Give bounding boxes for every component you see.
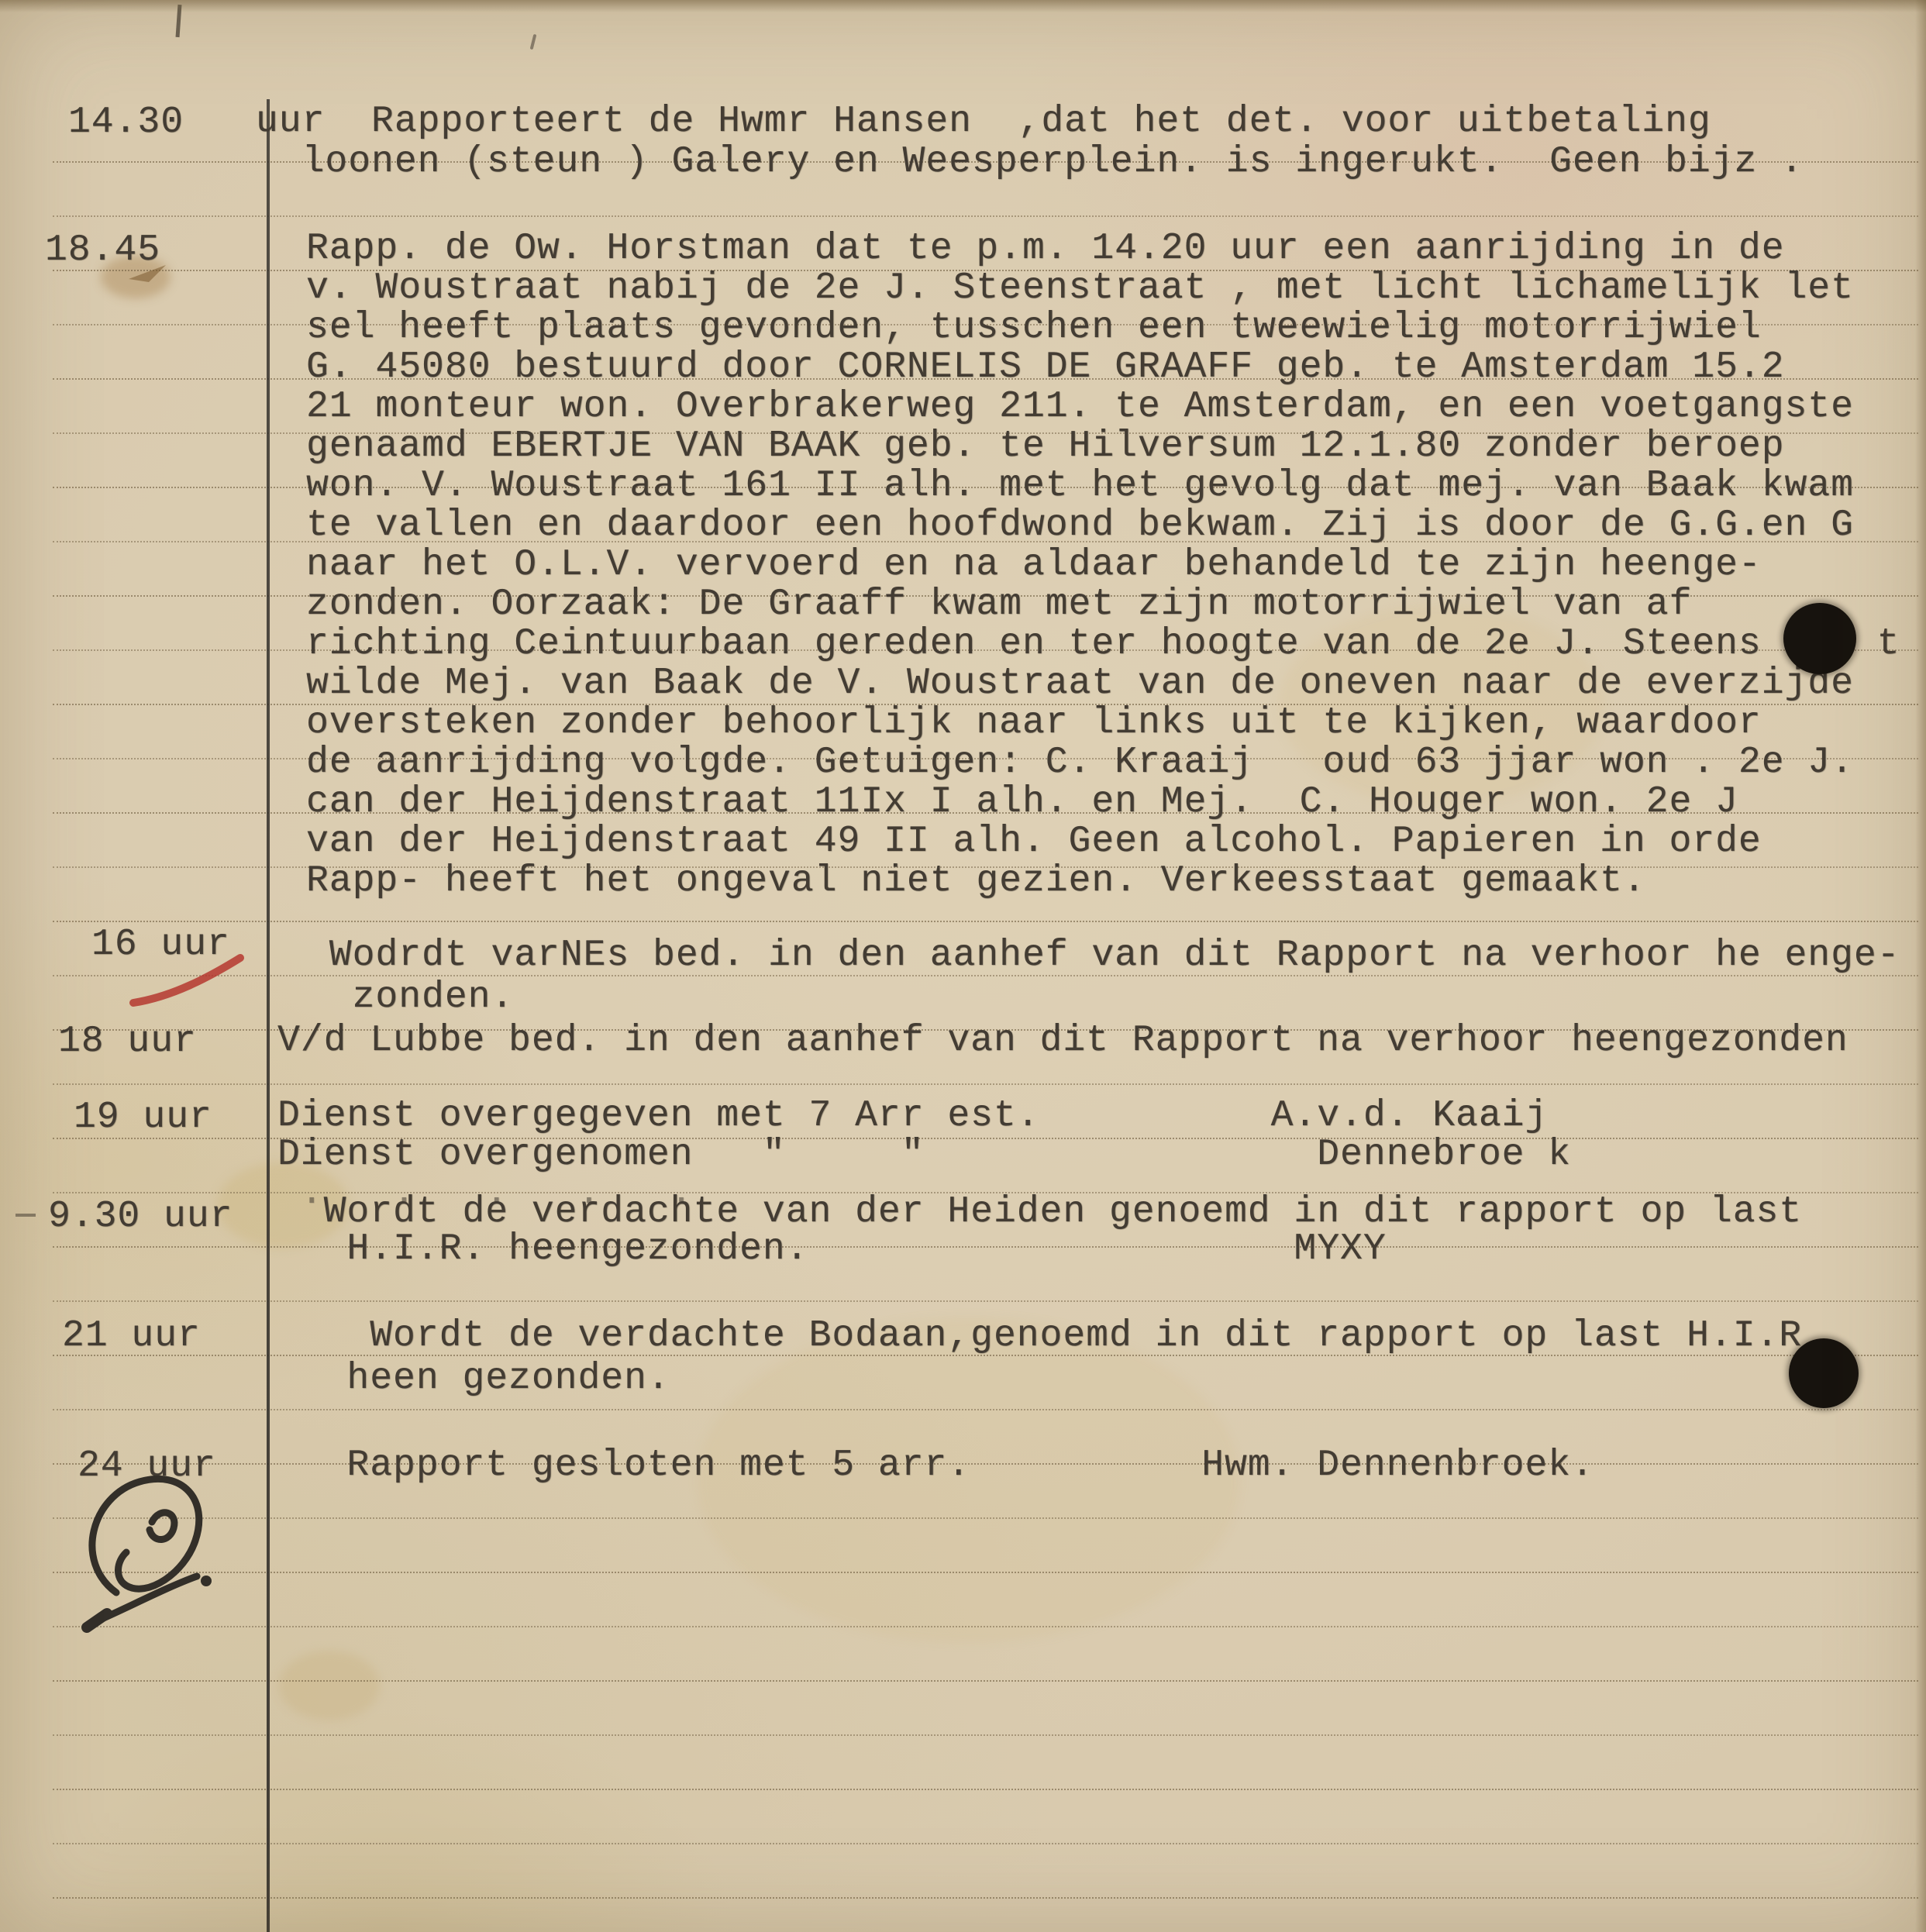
entry-line: oversteken zonder behoorlijk naar links … — [306, 704, 1900, 743]
ruled-line — [53, 1680, 1918, 1682]
entry-time: 16 uur — [91, 924, 230, 966]
paper-stain — [279, 1651, 380, 1720]
page-edge-shade-right — [1915, 0, 1926, 1932]
entry-body: Rapp. de Ow. Horstman dat te p.m. 14.20 … — [306, 229, 1900, 901]
ruled-line — [53, 649, 1918, 651]
ruled-line — [53, 758, 1918, 759]
ruled-line — [53, 378, 1918, 380]
ink-smudge-arrow — [129, 265, 166, 282]
entry-body: uur Rapporteert de Hwmr Hansen ,dat het … — [256, 102, 1804, 182]
entry-time: 21 uur — [62, 1315, 201, 1357]
entry-line: Wordt de verdachte van der Heiden genoem… — [277, 1193, 1802, 1231]
ruled-line — [53, 704, 1918, 705]
scanned-report-page: 14.30 uur Rapporteert de Hwmr Hansen ,da… — [0, 0, 1926, 1932]
ruled-line — [53, 1192, 1918, 1193]
entry-time: 14.30 — [68, 102, 184, 143]
entry-line: can der Heijdenstraat 11Ix I alh. en Mej… — [306, 783, 1900, 822]
entry-line: v. Woustraat nabij de 2e J. Steenstraat … — [306, 269, 1900, 308]
ruled-line — [53, 1843, 1918, 1844]
entry-line: Wodrdt varNEs bed. in den aanhef van dit… — [306, 935, 1900, 976]
paper-stain — [1279, 604, 1604, 806]
ruled-line — [53, 1897, 1918, 1899]
entry-line: G. 45080 bestuurd door CORNELIS DE GRAAF… — [306, 348, 1900, 387]
entry-line: van der Heijdenstraat 49 II alh. Geen al… — [306, 822, 1900, 862]
ruled-line — [53, 1138, 1918, 1139]
entry-line: H.I.R. heengezonden. MYXY — [277, 1231, 1802, 1268]
ink-stain — [101, 256, 171, 298]
ruled-line — [53, 1626, 1918, 1627]
punch-hole-top — [1783, 603, 1856, 674]
entry-body: Rapport gesloten met 5 arr. Hwm. Dennenb… — [277, 1445, 1594, 1486]
entry-line: richting Ceintuurbaan gereden en ter hoo… — [306, 625, 1900, 664]
page-vignette — [0, 0, 1926, 1932]
entry-line: Dienst overgenomen " " Dennebroe k — [277, 1135, 1571, 1174]
ruled-line — [53, 1029, 1918, 1031]
log-entry: 16 uur Wodrdt varNEs bed. in den aanhef … — [0, 0, 1926, 1932]
ruled-line — [53, 1789, 1918, 1790]
ruled-line — [53, 1463, 1918, 1465]
log-entry: 18 uur V/d Lubbe bed. in den aanhef van … — [0, 0, 1926, 1932]
entry-line: uur Rapporteert de Hwmr Hansen ,dat het … — [256, 102, 1804, 142]
entry-line: naar het O.L.V. vervoerd en na aldaar be… — [306, 546, 1900, 585]
log-entry: 21 uur Wordt de verdachte Bodaan,genoemd… — [0, 0, 1926, 1932]
punch-hole-bottom — [1789, 1338, 1859, 1408]
entry-body: Wodrdt varNEs bed. in den aanhef van dit… — [306, 935, 1900, 1018]
entry-body: Wordt de verdachte van der Heiden genoem… — [277, 1193, 1802, 1268]
ruled-line — [53, 866, 1918, 868]
ruled-line — [53, 1300, 1918, 1302]
signature-flourish — [87, 1479, 212, 1627]
entry-time: 18.45 — [45, 229, 160, 271]
entry-line: zonden. Oorzaak: De Graaff kwam met zijn… — [306, 585, 1900, 625]
entry-line: Dienst overgegeven met 7 Arr est. A.v.d.… — [277, 1097, 1571, 1135]
time-column-rule — [267, 99, 270, 1932]
ruled-line — [53, 1572, 1918, 1573]
log-entry: 19 uur Dienst overgegeven met 7 Arr est.… — [0, 0, 1926, 1932]
log-entry: 24 uur Rapport gesloten met 5 arr. Hwm. … — [0, 0, 1926, 1932]
ruled-line — [53, 324, 1918, 325]
log-entry: 14.30 uur Rapporteert de Hwmr Hansen ,da… — [0, 0, 1926, 1932]
entry-body: V/d Lubbe bed. in den aanhef van dit Rap… — [277, 1021, 1848, 1061]
pen-mark — [530, 34, 537, 50]
entry-line: heen gezonden. — [277, 1358, 1802, 1400]
entry-line: . . . . . — [277, 1174, 1571, 1213]
entry-line: V/d Lubbe bed. in den aanhef van dit Rap… — [277, 1021, 1848, 1061]
ruled-line — [53, 432, 1918, 434]
ruled-line — [53, 487, 1918, 488]
entry-line: de aanrijding volgde. Getuigen: C. Kraai… — [306, 743, 1900, 783]
paper-texture — [0, 0, 1926, 1932]
ruled-line — [53, 541, 1918, 542]
paper-stain — [217, 1162, 349, 1248]
red-check-mark — [133, 958, 240, 1003]
entry-body: Dienst overgegeven met 7 Arr est. A.v.d.… — [277, 1097, 1571, 1213]
entry-time: 24 uur — [78, 1445, 216, 1487]
log-entry: 18.45 Rapp. de Ow. Horstman dat te p.m. … — [0, 0, 1926, 1932]
log-entry: 9.30 uur Wordt de verdachte van der Heid… — [0, 0, 1926, 1932]
ruled-line — [53, 1083, 1918, 1085]
page-edge-shade-top — [0, 0, 1926, 12]
ruled-line — [53, 975, 1918, 976]
ruled-line — [53, 1355, 1918, 1356]
ruled-line — [53, 270, 1918, 271]
entry-body: Wordt de verdachte Bodaan,genoemd in dit… — [277, 1315, 1802, 1400]
ruled-line — [53, 1246, 1918, 1248]
ruled-line — [53, 595, 1918, 597]
ruled-line — [53, 215, 1918, 217]
entry-line: Rapport gesloten met 5 arr. Hwm. Dennenb… — [277, 1445, 1594, 1486]
entry-line: te vallen en daardoor een hoofdwond bekw… — [306, 506, 1900, 546]
entry-time: 19 uur — [74, 1097, 212, 1138]
ruled-line — [53, 1734, 1918, 1736]
entry-line: Rapp. de Ow. Horstman dat te p.m. 14.20 … — [306, 229, 1900, 269]
pen-mark — [176, 5, 182, 37]
dash-mark — [16, 1214, 36, 1217]
entry-line: Wordt de verdachte Bodaan,genoemd in dit… — [277, 1315, 1802, 1358]
entry-line: wilde Mej. van Baak de V. Woustraat van … — [306, 664, 1900, 704]
annotations-layer — [0, 0, 1926, 1932]
ruled-line — [53, 1409, 1918, 1410]
paper-stain — [698, 1317, 1240, 1643]
entry-line: zonden. — [306, 976, 1900, 1018]
ruled-line — [53, 812, 1918, 814]
entry-time: 9.30 uur — [48, 1196, 233, 1238]
ruled-line — [53, 921, 1918, 922]
entry-line: sel heeft plaats gevonden, tusschen een … — [306, 308, 1900, 348]
ruled-line — [53, 1517, 1918, 1519]
entry-line: 21 monteur won. Overbrakerweg 211. te Am… — [306, 387, 1900, 427]
entry-time: 18 uur — [58, 1021, 197, 1062]
ruled-line — [53, 161, 1918, 163]
